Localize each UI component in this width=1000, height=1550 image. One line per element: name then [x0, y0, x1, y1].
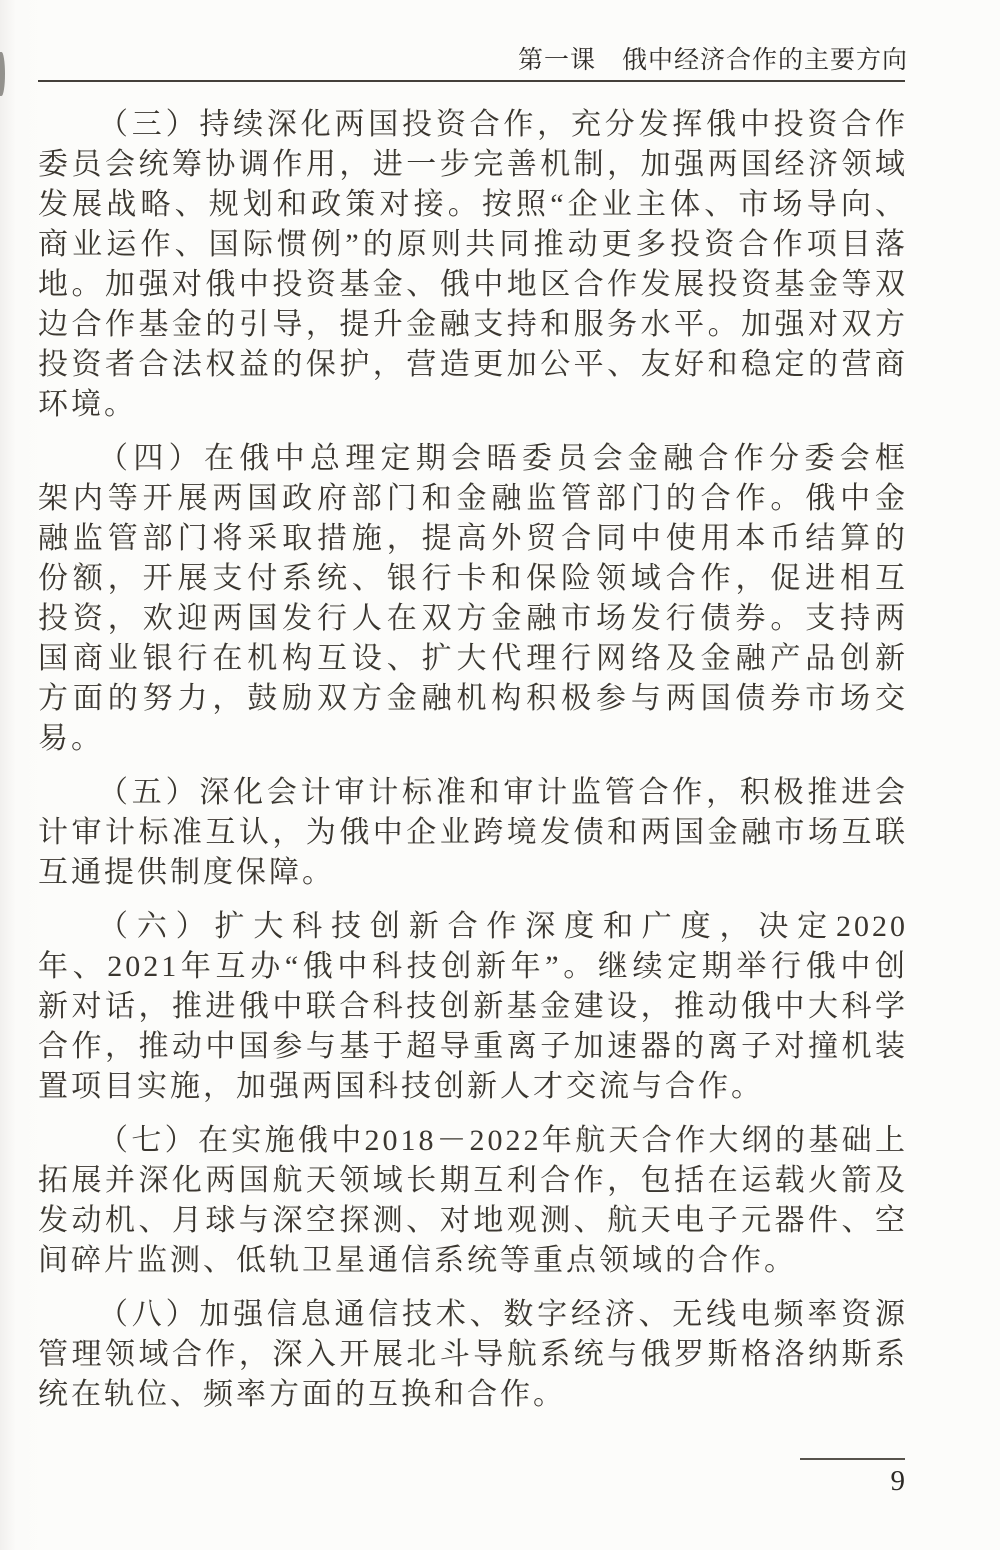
paragraph-7: （七）在实施俄中2018－2022年航天合作大纲的基础上 拓展并深化两国航天领域…: [38, 1121, 908, 1281]
text-line: 年、2021年互办“俄中科技创新年”。继续定期举行俄中创: [38, 947, 908, 987]
header-rule: [38, 80, 905, 82]
text-line: 置项目实施，加强两国科技创新人才交流与合作。: [38, 1067, 908, 1107]
paragraph-6: （六）扩大科技创新合作深度和广度，决定2020 年、2021年互办“俄中科技创新…: [38, 907, 908, 1107]
text-line: 互通提供制度保障。: [38, 853, 908, 893]
text-line: 管理领域合作，深入开展北斗导航系统与俄罗斯格洛纳斯系: [38, 1335, 908, 1375]
text-line: 商业运作、国际惯例”的原则共同推动更多投资合作项目落: [38, 225, 908, 265]
running-header: 第一课 俄中经济合作的主要方向: [518, 40, 908, 76]
text-line: （六）扩大科技创新合作深度和广度，决定2020: [38, 907, 908, 947]
text-line: 间碎片监测、低轨卫星通信系统等重点领域的合作。: [38, 1241, 908, 1281]
text-line: 地。加强对俄中投资基金、俄中地区合作发展投资基金等双: [38, 265, 908, 305]
text-line: （五）深化会计审计标准和审计监管合作，积极推进会: [38, 773, 908, 813]
text-line: （八）加强信息通信技术、数字经济、无线电频率资源: [38, 1295, 908, 1335]
text-line: （三）持续深化两国投资合作，充分发挥俄中投资合作: [38, 105, 908, 145]
text-line: 份额，开展支付系统、银行卡和保险领域合作，促进相互: [38, 559, 908, 599]
text-line: 融监管部门将采取措施，提高外贸合同中使用本币结算的: [38, 519, 908, 559]
footer-rule: [800, 1458, 905, 1460]
chapter-title: 第一课 俄中经济合作的主要方向: [518, 47, 908, 74]
text-line: 易。: [38, 719, 908, 759]
page-body: （三）持续深化两国投资合作，充分发挥俄中投资合作 委员会统筹协调作用，进一步完善…: [38, 105, 908, 1415]
text-line: （七）在实施俄中2018－2022年航天合作大纲的基础上: [38, 1121, 908, 1161]
text-line: 统在轨位、频率方面的互换和合作。: [38, 1375, 908, 1415]
text-line: 委员会统筹协调作用，进一步完善机制，加强两国经济领域: [38, 145, 908, 185]
text-line: 发动机、月球与深空探测、对地观测、航天电子元器件、空: [38, 1201, 908, 1241]
scan-smudge-artifact: [0, 52, 5, 96]
book-page: 第一课 俄中经济合作的主要方向 （三）持续深化两国投资合作，充分发挥俄中投资合作…: [0, 0, 1000, 1550]
text-line: 架内等开展两国政府部门和金融监管部门的合作。俄中金: [38, 479, 908, 519]
paragraph-4: （四）在俄中总理定期会晤委员会金融合作分委会框 架内等开展两国政府部门和金融监管…: [38, 439, 908, 759]
paragraph-5: （五）深化会计审计标准和审计监管合作，积极推进会 计审计标准互认，为俄中企业跨境…: [38, 773, 908, 893]
text-line: （四）在俄中总理定期会晤委员会金融合作分委会框: [38, 439, 908, 479]
text-line: 投资者合法权益的保护，营造更加公平、友好和稳定的营商: [38, 345, 908, 385]
page-number: 9: [790, 1464, 905, 1498]
text-line: 拓展并深化两国航天领域长期互利合作，包括在运载火箭及: [38, 1161, 908, 1201]
paragraph-3: （三）持续深化两国投资合作，充分发挥俄中投资合作 委员会统筹协调作用，进一步完善…: [38, 105, 908, 425]
text-line: 新对话，推进俄中联合科技创新基金建设，推动俄中大科学: [38, 987, 908, 1027]
text-line: 发展战略、规划和政策对接。按照“企业主体、市场导向、: [38, 185, 908, 225]
text-line: 国商业银行在机构互设、扩大代理行网络及金融产品创新: [38, 639, 908, 679]
text-line: 方面的努力，鼓励双方金融机构积极参与两国债券市场交: [38, 679, 908, 719]
text-line: 环境。: [38, 385, 908, 425]
text-line: 投资，欢迎两国发行人在双方金融市场发行债券。支持两: [38, 599, 908, 639]
text-line: 边合作基金的引导，提升金融支持和服务水平。加强对双方: [38, 305, 908, 345]
text-line: 合作，推动中国参与基于超导重离子加速器的离子对撞机装: [38, 1027, 908, 1067]
text-line: 计审计标准互认，为俄中企业跨境发债和两国金融市场互联: [38, 813, 908, 853]
paragraph-8: （八）加强信息通信技术、数字经济、无线电频率资源 管理领域合作，深入开展北斗导航…: [38, 1295, 908, 1415]
